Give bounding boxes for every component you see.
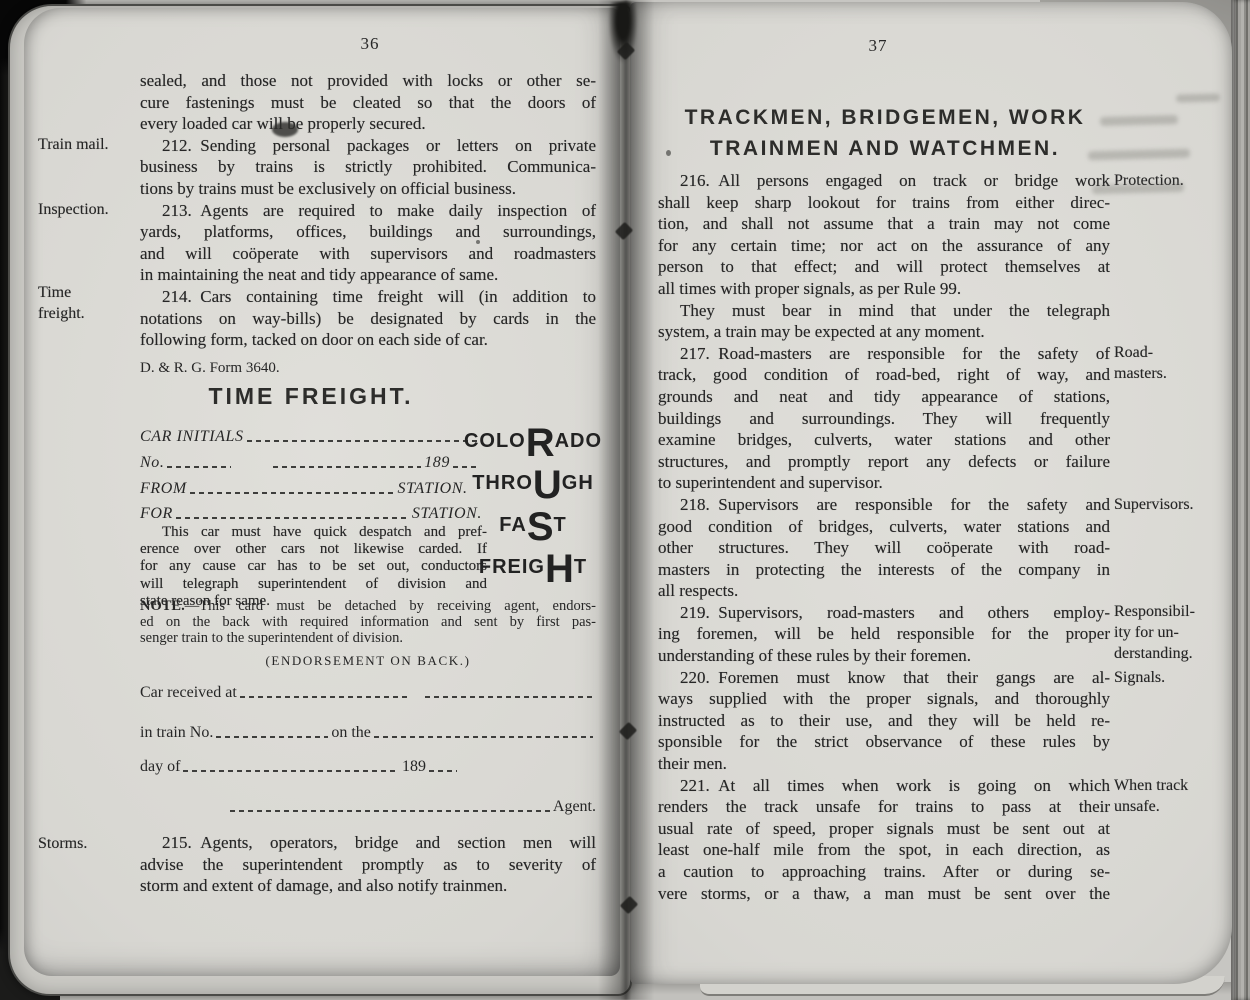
text-line: renders the track unsafe for trains to p…	[658, 796, 1110, 818]
endorsement-heading: (ENDORSEMENT ON BACK.)	[140, 653, 596, 669]
train-no-label: in train No.	[140, 724, 213, 742]
blank-line	[374, 736, 593, 738]
margin-note-time-freight: Time freight.	[38, 282, 138, 324]
for-label: FOR	[140, 505, 173, 523]
no-label: No.	[140, 454, 164, 472]
text-line: good condition of bridges, culverts, wat…	[658, 516, 1110, 538]
form-row-for: FOR STATION.	[140, 501, 482, 523]
text-line: advise the superintendent promptly as to…	[140, 854, 596, 876]
note-text: —This card must be detached by receiving…	[185, 598, 596, 614]
text-line: 214. Cars containing time freight will (…	[140, 286, 596, 308]
text-line: 212. Sending personal packages or letter…	[140, 135, 596, 157]
rule-215-paragraph: 215. Agents, operators, bridge and secti…	[140, 832, 596, 897]
text-line: system, a train may be expected at any m…	[658, 321, 1110, 343]
text-line: 216. All persons engaged on track or bri…	[658, 170, 1110, 192]
text-line: 213. Agents are required to make daily i…	[140, 200, 596, 222]
form-number: D. & R. G. Form 3640.	[140, 360, 280, 377]
rush-text: FREIG	[479, 556, 545, 579]
text-line: other structures. They will coöperate wi…	[658, 537, 1110, 559]
rush-text: THRO	[472, 472, 533, 495]
book-photo: 36 Train mail. Inspection. Time freight.…	[0, 0, 1250, 1000]
rush-text: ADO	[555, 430, 602, 453]
rules-216-221-paragraphs: 216. All persons engaged on track or bri…	[658, 170, 1110, 904]
text-line: a caution to approaching trains. After o…	[658, 861, 1110, 883]
form-row-car-initials: CAR INITIALS	[140, 424, 482, 446]
blank-line	[240, 696, 408, 698]
margin-note-storms: Storms.	[38, 833, 138, 854]
text-line: ing foremen, will be held responsible fo…	[658, 623, 1110, 645]
blank-line	[247, 440, 479, 442]
text-line: for any cause car has to be set out, con…	[140, 558, 487, 575]
margin-note-line: Time	[38, 282, 138, 303]
margin-note-responsibility: Responsibil- ity for un- derstanding.	[1114, 601, 1242, 664]
heading-line: TRACKMEN, BRIDGEMEN, WORK	[660, 102, 1110, 133]
text-line: 215. Agents, operators, bridge and secti…	[140, 832, 596, 854]
text-line: for any certain time; nor act on the ass…	[658, 235, 1110, 257]
rush-line-through: THROUGH	[466, 462, 600, 504]
binding-gutter-shadow	[598, 0, 654, 1000]
margin-note-inspection: Inspection.	[38, 199, 138, 220]
text-line: buildings and surroundings. They will fr…	[658, 408, 1110, 430]
ink-speck	[476, 240, 480, 244]
margin-note-train-mail: Train mail.	[38, 134, 138, 155]
blank-line	[176, 517, 409, 519]
text-line: NOTE.—This card must be detached by rece…	[140, 598, 596, 614]
text-line: person to that effect; and will protect …	[658, 256, 1110, 278]
text-line: They must bear in mind that under the te…	[658, 300, 1110, 322]
text-line: 219. Supervisors, road-masters and other…	[658, 602, 1110, 624]
text-line: This car must have quick despatch and pr…	[140, 524, 487, 541]
text-line: storm and extent of damage, and also not…	[140, 875, 596, 897]
rules-212-214-paragraphs: sealed, and those not provided with lock…	[140, 70, 596, 351]
on-the-label: on the	[331, 724, 371, 742]
text-line: 221. At all times when work is going on …	[658, 775, 1110, 797]
rush-text: COLO	[464, 430, 526, 453]
text-line: following form, tacked on door on each s…	[140, 329, 596, 351]
margin-note-line: unsafe.	[1114, 796, 1242, 817]
text-line: in maintaining the neat and tidy appeara…	[140, 264, 596, 286]
agent-label: Agent.	[553, 798, 596, 816]
text-line: and will coöperate with supervisors and …	[140, 243, 596, 265]
text-line: tions by trains must be exclusively on o…	[140, 178, 596, 200]
ink-speck	[666, 150, 671, 156]
blank-line	[216, 736, 328, 738]
card-note-continued: ed on the back with required information…	[140, 614, 596, 646]
form-title: TIME FREIGHT.	[140, 383, 482, 410]
endorsement-row-day: day of 189	[140, 754, 460, 776]
margin-note-line: ity for un-	[1114, 622, 1242, 643]
text-line: all respects.	[658, 580, 1110, 602]
endorsement-row-agent: Agent.	[140, 794, 596, 816]
endorsement-row-train: in train No. on the	[140, 720, 596, 742]
rush-line-freight: FREIGHT	[466, 546, 600, 588]
text-line: all times with proper signals, as per Ru…	[658, 278, 1110, 300]
year-prefix: 189	[424, 454, 450, 472]
margin-note-line: freight.	[38, 303, 138, 324]
text-line: erence over other cars not likewise card…	[140, 541, 487, 558]
text-line: examine bridges, culverts, water station…	[658, 429, 1110, 451]
text-line: least one-half mile from the spot, in ea…	[658, 839, 1110, 861]
text-line: notations on way-bills) be designated by…	[140, 308, 596, 330]
card-note: NOTE.—This card must be detached by rece…	[140, 598, 596, 614]
blank-line	[183, 770, 399, 772]
blank-line	[429, 770, 457, 772]
text-line: business by trains is strictly prohibite…	[140, 156, 596, 178]
text-line: yards, platforms, offices, buildings and…	[140, 221, 596, 243]
car-initials-label: CAR INITIALS	[140, 428, 244, 446]
rush-text: T	[574, 556, 587, 579]
text-line: shall keep sharp lookout for trains from…	[658, 192, 1110, 214]
text-line: to superintendent and supervisor.	[658, 472, 1110, 494]
section-heading: TRACKMEN, BRIDGEMEN, WORK TRAINMEN AND W…	[660, 102, 1110, 164]
year-prefix: 189	[402, 758, 426, 776]
text-line: 220. Foremen must know that their gangs …	[658, 667, 1110, 689]
text-line: senger train to the superintendent of di…	[140, 630, 596, 646]
text-line: will telegraph superintendent of divisio…	[140, 576, 487, 593]
text-line: their men.	[658, 753, 1110, 775]
margin-note-supervisors: Supervisors.	[1114, 494, 1242, 515]
from-label: FROM	[140, 480, 187, 498]
text-line: tion, and shall not assume that a train …	[658, 213, 1110, 235]
margin-note-when-track: When track unsafe.	[1114, 775, 1242, 817]
margin-note-line: When track	[1114, 775, 1242, 796]
text-line: masters in protecting the interests of t…	[658, 559, 1110, 581]
margin-note-line: derstanding.	[1114, 643, 1242, 664]
text-line: instructed as to their use, and they wil…	[658, 710, 1110, 732]
text-line: grounds and neat and tidy appearance of …	[658, 386, 1110, 408]
text-line: vere storms, or a thaw, a man must be se…	[658, 883, 1110, 905]
rush-line-colorado: COLORADO	[466, 420, 600, 462]
ink-blot	[272, 122, 298, 137]
rush-line-fast: FAST	[466, 504, 600, 546]
text-line: cure fastenings must be cleated so that …	[140, 92, 596, 114]
text-line: structures, and promptly report any defe…	[658, 451, 1110, 473]
margin-note-road-masters: Road- masters.	[1114, 342, 1242, 384]
blank-line	[167, 466, 231, 468]
show-through-ghost	[1176, 93, 1220, 102]
text-line: ways supplied with the proper signals, a…	[658, 688, 1110, 710]
form-row-number: No. 189	[140, 450, 482, 472]
text-line: 217. Road-masters are responsible for th…	[658, 343, 1110, 365]
text-line: track, good condition of road-bed, right…	[658, 364, 1110, 386]
text-line: understanding of these rules by their fo…	[658, 645, 1110, 667]
blank-line	[425, 696, 593, 698]
rush-text: FA	[499, 514, 527, 537]
rush-colorado-through-fast-freight: COLORADO THROUGH FAST FREIGHT	[466, 420, 600, 588]
text-line: sponsible for the strict observance of t…	[658, 731, 1110, 753]
text-line: ed on the back with required information…	[140, 614, 596, 630]
text-line: sealed, and those not provided with lock…	[140, 70, 596, 92]
text-line: usual rate of speed, proper signals must…	[658, 818, 1110, 840]
margin-note-line: Responsibil-	[1114, 601, 1242, 622]
rush-text: T	[554, 514, 567, 537]
margin-note-signals: Signals.	[1114, 667, 1242, 688]
received-label: Car received at	[140, 684, 237, 702]
endorsement-row-received: Car received at	[140, 680, 596, 702]
heading-line: TRAINMEN AND WATCHMEN.	[660, 133, 1110, 164]
day-of-label: day of	[140, 758, 180, 776]
blank-line	[273, 466, 421, 468]
margin-note-line: Road-	[1114, 342, 1242, 363]
page-number-right: 37	[848, 36, 908, 56]
station-label: STATION.	[398, 480, 468, 498]
blank-line	[190, 492, 395, 494]
margin-note-line: masters.	[1114, 363, 1242, 384]
text-line: every loaded car will be properly secure…	[140, 113, 596, 135]
note-label: NOTE.	[140, 598, 185, 614]
rush-text: GH	[562, 472, 594, 495]
text-line: 218. Supervisors are responsible for the…	[658, 494, 1110, 516]
blank-line	[230, 810, 550, 812]
form-row-from: FROM STATION. ·	[140, 476, 482, 498]
page-number-left: 36	[340, 34, 400, 54]
